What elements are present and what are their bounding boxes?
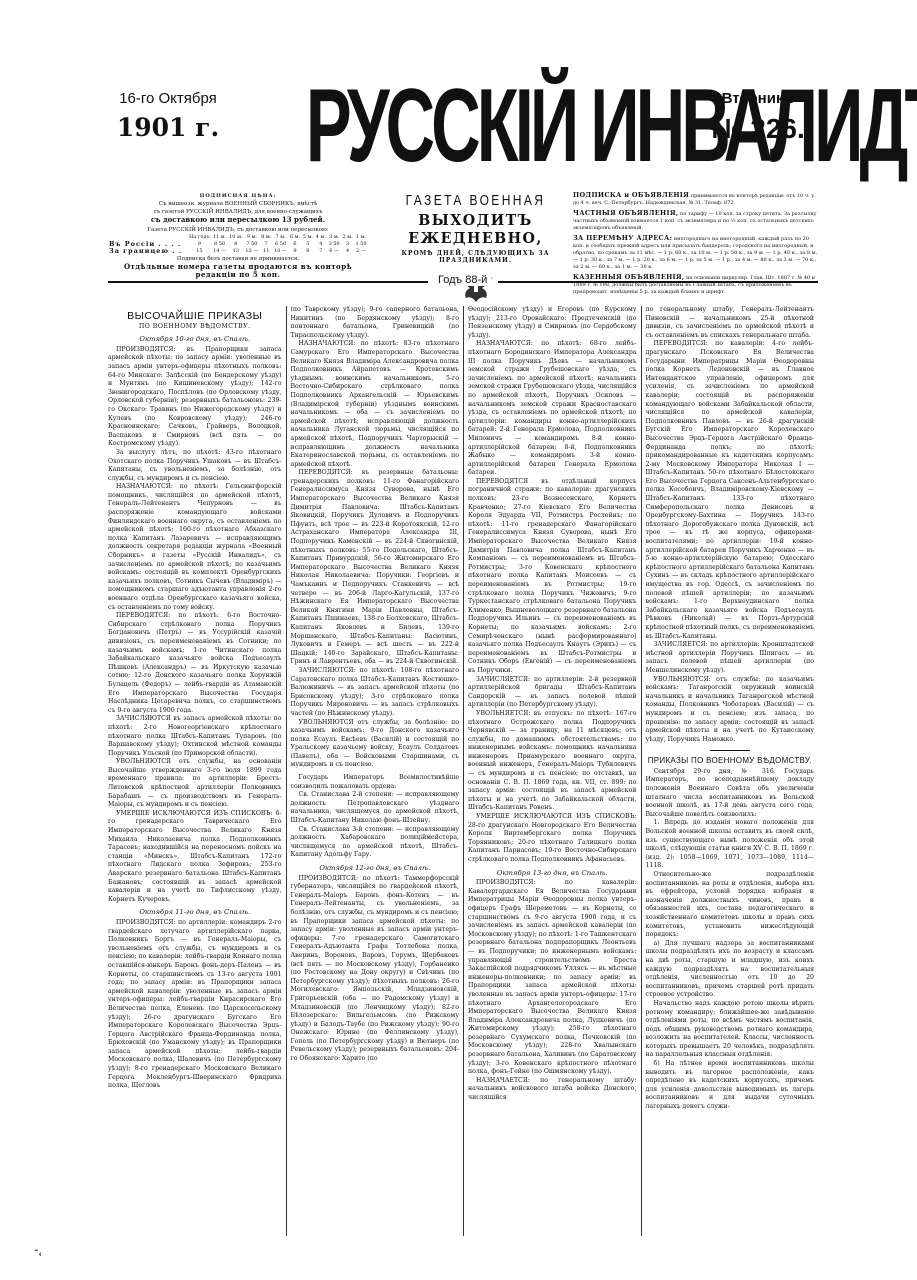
period: 6 м. — [288, 234, 301, 241]
period: 11 м. — [211, 234, 227, 241]
price: 8 — [301, 248, 314, 255]
paragraph: а) Для лучшаго надзора за воспитанниками… — [646, 940, 815, 1000]
ad-heading: ЧАСТНЫЯ ОБЪЯВЛЕНІЯ, — [573, 209, 678, 217]
paper-subtitle: ГАЗЕТА ВОЕННАЯ — [398, 192, 554, 209]
paragraph: Государь Императоръ Всемилостивѣйше соиз… — [291, 774, 460, 791]
paragraph: УВОЛЬНЯЮТСЯ: отъ службы: по казачьимъ во… — [646, 676, 815, 745]
price-row-label: За границею . . — [108, 248, 187, 255]
ad-heading: ПОДПИСКА и ОБЪЯВЛЕНІЯ — [573, 191, 689, 199]
ad-heading: ЗА ПЕРЕМѢНУ АДРЕСА: — [573, 234, 672, 242]
dateline: Октября 12-го дня, въ Спалѣ. — [291, 864, 460, 873]
paragraph: ПЕРЕВОДЯТСЯ: въ резервные батальоны: гре… — [291, 469, 460, 667]
price: 4 — [314, 241, 327, 248]
period: 7 м. — [273, 234, 289, 241]
price-row: За границею . . 15 14 — 13 12 — 11 10 — … — [108, 248, 368, 255]
price: 15 — [187, 248, 211, 255]
section-separator — [710, 750, 750, 751]
price: 11 — [260, 248, 273, 255]
paragraph: УВОЛЬНЯЕТСЯ: въ отпускъ: по пѣхотѣ: 167-… — [468, 710, 637, 813]
price: 6 — [288, 241, 301, 248]
divider-line — [498, 281, 818, 283]
newspaper-title: РУССКІЙ ИНВАЛИДЪ — [306, 74, 616, 178]
paragraph: НАЗНАЧАЮТСЯ: по пѣхотѣ: 83-го пѣхотнаго … — [291, 340, 460, 469]
subscription-line: Съ вышеозн. журнала ВОЕННЫЙ СБОРНИКЪ, вм… — [108, 200, 368, 208]
price-table: На годъ 11 м. 10 м. 9 м. 8 м. 7 м. 6 м. … — [108, 234, 368, 255]
price: 4 — [341, 248, 354, 255]
issue-date: 16-го Октября 1901 г. — [108, 90, 228, 142]
dateline: Октября 10-го дня, въ Спалѣ. — [108, 335, 282, 344]
period: 4 м. — [314, 234, 327, 241]
section-heading: ПРИКАЗЫ ПО ВОЕННОМУ ВѢДОМСТВУ. — [646, 757, 815, 766]
subscription-line: съ доставкою или пересылкою 13 рублей. — [108, 216, 368, 224]
column-4: по генеральному штабу, Генералъ-Лейтенан… — [641, 306, 819, 1236]
price: 2 — — [354, 248, 368, 255]
column-3: Ѳеодосійскому уѣзду) и Егоровъ (по Курск… — [463, 306, 641, 1236]
subscription-heading: ПОДПИСНАЯ ЦѢНА: — [108, 192, 368, 200]
paragraph: ЗАЧИСЛЯЮТСЯ: по пѣхотѣ: 108-го пѣхотнаго… — [291, 667, 460, 719]
price: 5 — [301, 241, 314, 248]
newspaper-page: 16-го Октября 1901 г. РУССКІЙ ИНВАЛИДЪ В… — [108, 80, 818, 288]
issue-year: 1901 г. — [108, 113, 228, 142]
price: 3 50 — [327, 241, 341, 248]
paragraph: УВОЛЬНЯЮТСЯ отъ службы, на основаніи Выс… — [108, 758, 282, 810]
price: 6 — — [327, 248, 341, 255]
paragraph: УМЕРШІЕ ИСКЛЮЧАЮТСЯ ИЗЪ СПИСКОВЪ: 6-го г… — [108, 810, 282, 905]
price: 6 50 — [273, 241, 289, 248]
paragraph: УВОЛЬНЯЮТСЯ отъ службы, за болѣзнію: по … — [291, 719, 460, 771]
price: 7 — [314, 248, 327, 255]
paper-subtitle-block: ГАЗЕТА ВОЕННАЯ ВЫХОДИТЪ ЕЖЕДНЕВНО, КРОМѢ… — [378, 192, 573, 308]
subscription-line: Газета РУССКІЙ ИНВАЛИДЪ, съ доставкою ил… — [108, 226, 368, 234]
price: 3 — [341, 241, 354, 248]
paragraph: ПРОИЗВОДЯТСЯ: по пѣхотѣ: Таммерфорсскій … — [291, 875, 460, 1064]
paragraph: Сентября 29-го дня, № 316. Государь Импе… — [646, 768, 815, 820]
paragraph: Св. Станислава 3-й степени: — исправляющ… — [291, 826, 460, 860]
price: 9 — [187, 241, 211, 248]
paragraph: НАЗНАЧАЕТСЯ: по генеральному штабу: нача… — [468, 1077, 637, 1103]
paragraph: ЗАЧИСЛЯЕТСЯ: по артиллеріи: Кронштадтско… — [646, 641, 815, 675]
price: 7 — [260, 241, 273, 248]
paragraph: ПЕРЕВОДЯТСЯ: по пѣхотѣ: 6-го Восточно-Си… — [108, 612, 282, 715]
divider-line — [108, 281, 428, 283]
section-heading: ВЫСОЧАЙШІЕ ПРИКАЗЫ — [108, 312, 282, 321]
paragraph: НАЗНАЧАЮТСЯ: по пѣхотѣ: 68-го лейбъ-пѣхо… — [468, 340, 637, 478]
year-label: Годъ 88-й — [434, 274, 491, 286]
period: На годъ — [187, 234, 211, 241]
paragraph: Относительно-же подраздѣленія воспитанни… — [646, 871, 815, 940]
paragraph: Ѳеодосійскому уѣзду) и Егоровъ (по Курск… — [468, 306, 637, 340]
issue-weekday: Вторникъ — [698, 90, 818, 107]
paragraph: ЗАЧИСЛЯЕТСЯ: по артиллеріи: 2-й резервно… — [468, 676, 637, 710]
paragraph: ПЕРЕВОДЯТСЯ въ отдѣльный корпусъ пограни… — [468, 478, 637, 676]
paragraph: 1. Впредь до изданія новаго положенія дл… — [646, 819, 815, 871]
subscription-prices: ПОДПИСНАЯ ЦѢНА: Съ вышеозн. журнала ВОЕН… — [108, 192, 368, 279]
price: 9 — [288, 248, 301, 255]
subheader: ПОДПИСНАЯ ЦѢНА: Съ вышеозн. журнала ВОЕН… — [108, 192, 818, 288]
price: 1 50 — [354, 241, 368, 248]
private-ads: ЧАСТНЫЯ ОБЪЯВЛЕНІЯ, по тарифу — 10 коп. … — [573, 210, 818, 232]
single-issue-note: Отдѣльные номера газеты продаются въ кон… — [108, 263, 368, 279]
period: 3 м. — [327, 234, 341, 241]
period: 5 м. — [301, 234, 314, 241]
price: 14 — — [211, 248, 227, 255]
price: 12 — — [244, 248, 260, 255]
issue-day-month: 16-го Октября — [108, 90, 228, 107]
period: 2 м. — [341, 234, 354, 241]
paragraph: ПЕРЕВОДЯТСЯ: по кавалеріи: 4-го лейбъ-др… — [646, 340, 815, 641]
period: 8 м. — [260, 234, 273, 241]
paragraph: ПРОИЗВОДЯТСЯ: по кавалеріи: Кавалергардс… — [468, 879, 637, 1077]
section-subheading: ПО ВОЕННОМУ ВѢДОМСТВУ. — [108, 323, 282, 332]
paragraph: УМЕРШІЕ ИСКЛЮЧАЮТСЯ ИЗЪ СПИСКОВЪ: 28-го … — [468, 813, 637, 865]
paragraph: ПРОИЗВОДЯТСЯ: въ Прапорщики запаса армей… — [108, 346, 282, 449]
paragraph: (по Таврскому уѣзду); 9-го саперного бат… — [291, 306, 460, 340]
publication-frequency: ВЫХОДИТЪ ЕЖЕДНЕВНО, — [383, 211, 568, 247]
paragraph: ЗАЧИСЛЯЮТСЯ въ запасъ армейской пѣхоты: … — [108, 715, 282, 758]
price: 7 50 — [244, 241, 260, 248]
price: 13 — [228, 248, 244, 255]
masthead: 16-го Октября 1901 г. РУССКІЙ ИНВАЛИДЪ В… — [108, 80, 818, 192]
year-divider: Годъ 88-й — [108, 278, 818, 286]
publication-exception: КРОМѢ ДНЕЙ, СЛѢДУЮЩИХЪ ЗА ПРАЗДНИКАМИ. — [378, 250, 573, 264]
issue-meta: Вторникъ № 226. — [698, 90, 818, 145]
period: 10 м. — [228, 234, 244, 241]
paragraph: б) На лѣтнее время воспитанниковъ школы … — [646, 1060, 815, 1112]
article-columns: ВЫСОЧАЙШІЕ ПРИКАЗЫ ПО ВОЕННОМУ ВѢДОМСТВУ… — [108, 306, 818, 1236]
price: 10 — — [273, 248, 289, 255]
paragraph: по генеральному штабу, Генералъ-Лейтенан… — [646, 306, 815, 340]
period: 1 м. — [354, 234, 368, 241]
paragraph: НАЗНАЧАЮТСЯ: по пѣхотѣ: Гельсингфорскій … — [108, 483, 282, 612]
paragraph: За выслугу лѣтъ, по пѣхотѣ: 43-го пѣхотн… — [108, 449, 282, 483]
address-change: ЗА ПЕРЕМѢНУ АДРЕСА: иногороднаго на иног… — [573, 235, 818, 271]
issue-number: № 226. — [698, 113, 818, 145]
subscription-office: ПОДПИСКА и ОБЪЯВЛЕНІЯ принимаются въ кон… — [573, 192, 818, 207]
paragraph: ПРОИЗВОДЯТСЯ: по артиллеріи: командиръ 2… — [108, 919, 282, 1091]
price: 8 — [228, 241, 244, 248]
dateline: Октября 13-го дня, въ Спалѣ. — [468, 869, 637, 878]
paragraph: Св. Станислава 2-й степени: — исправляющ… — [291, 791, 460, 825]
dateline: Октября 11-го дня, въ Спалѣ. — [108, 908, 282, 917]
period: 9 м. — [244, 234, 260, 241]
column-2: (по Таврскому уѣзду); 9-го саперного бат… — [286, 306, 464, 1236]
price: 8 50 — [211, 241, 227, 248]
column-1: ВЫСОЧАЙШІЕ ПРИКАЗЫ ПО ВОЕННОМУ ВѢДОМСТВУ… — [108, 306, 286, 1236]
scan-artifact: ˜‹ — [34, 1250, 42, 1260]
paragraph: Начальство надъ каждою ротою школы вѣрит… — [646, 1000, 815, 1060]
